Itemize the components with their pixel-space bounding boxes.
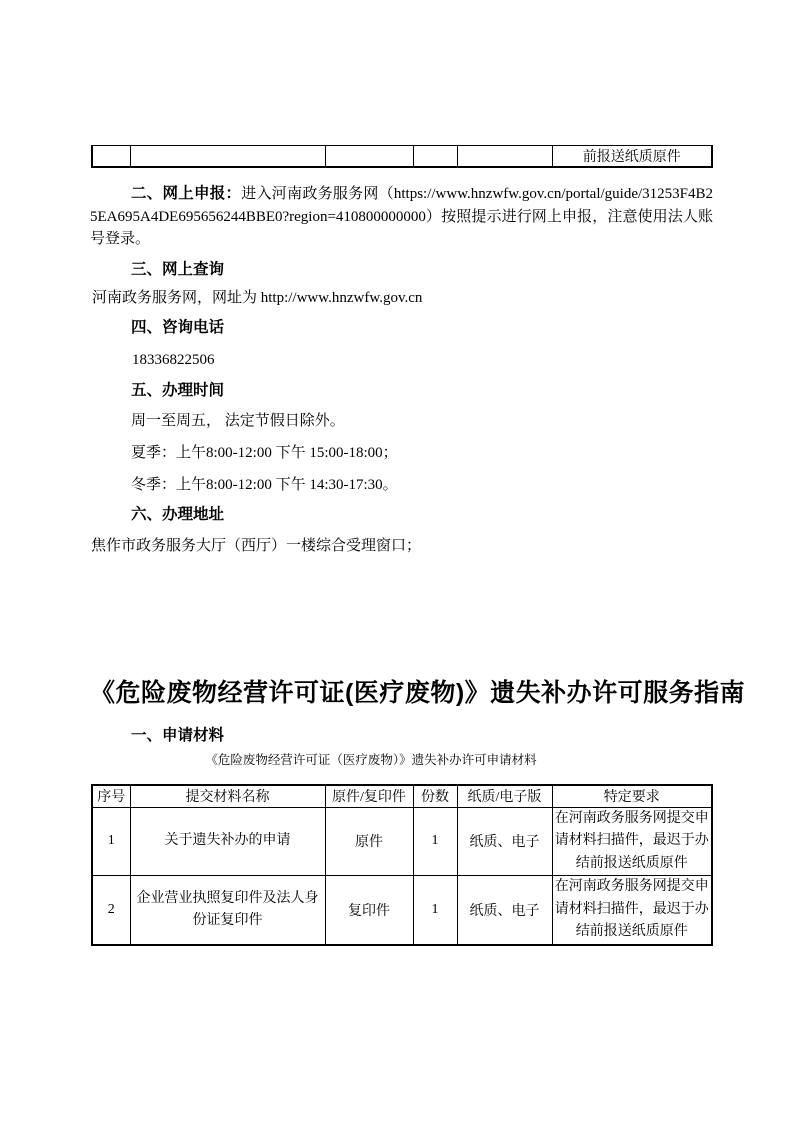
materials-table-row: 2 企业营业执照复印件及法人身份证复印件 复印件 1 纸质、电子 在河南政务服务… (92, 876, 712, 945)
table-cell (92, 146, 130, 168)
section-heading-online-query: 三、网上查询 (131, 261, 224, 279)
online-apply-heading: 二、网上申报： (131, 185, 241, 202)
section-heading-address: 六、办理地址 (131, 506, 224, 524)
table-cell (457, 146, 552, 168)
table-cell (130, 146, 325, 168)
materials-table-row: 1 关于遗失补办的申请 原件 1 纸质、电子 在河南政务服务网提交申请材料扫描件… (92, 807, 712, 876)
section-heading-materials: 一、申请材料 (131, 727, 224, 745)
cell-format: 纸质、电子 (457, 807, 552, 876)
header-cell-material-name: 提交材料名称 (130, 785, 325, 807)
section-online-apply: 二、网上申报：进入河南政务服务网（https://www.hnzwfw.gov.… (90, 183, 713, 251)
materials-table-caption: 《危险废物经营许可证（医疗废物）》遗失补办许可申请材料 (90, 752, 652, 769)
header-cell-original-or-copy: 原件/复印件 (325, 785, 413, 807)
cell-requirement: 在河南政务服务网提交申请材料扫描件，最迟于办结前报送纸质原件 (552, 876, 712, 945)
cell-requirement: 在河南政务服务网提交申请材料扫描件，最迟于办结前报送纸质原件 (552, 807, 712, 876)
table-row: 前报送纸质原件 (92, 146, 712, 168)
section-heading-phone: 四、咨询电话 (131, 319, 224, 337)
materials-table: 序号 提交材料名称 原件/复印件 份数 纸质/电子版 特定要求 1 关于遗失补办… (91, 784, 713, 946)
table-fragment: 前报送纸质原件 (91, 145, 713, 168)
table-cell (325, 146, 413, 168)
cell-no: 1 (92, 807, 130, 876)
header-cell-format: 纸质/电子版 (457, 785, 552, 807)
hours-winter: 冬季：上午8:00-12:00 下午 14:30-17:30。 (131, 476, 398, 494)
cell-material-name: 企业营业执照复印件及法人身份证复印件 (130, 876, 325, 945)
prev-page-table-fragment: 前报送纸质原件 (91, 145, 713, 168)
cell-original-or-copy: 复印件 (325, 876, 413, 945)
cell-material-name: 关于遗失补办的申请 (130, 807, 325, 876)
header-cell-no: 序号 (92, 785, 130, 807)
header-cell-count: 份数 (413, 785, 457, 807)
materials-table-header-row: 序号 提交材料名称 原件/复印件 份数 纸质/电子版 特定要求 (92, 785, 712, 807)
hours-summer: 夏季：上午8:00-12:00 下午 15:00-18:00； (131, 444, 398, 462)
table-cell-requirement-tail: 前报送纸质原件 (552, 146, 712, 168)
address-body: 焦作市政务服务大厅（西厅）一楼综合受理窗口； (91, 537, 421, 555)
cell-no: 2 (92, 876, 130, 945)
phone-number: 18336822506 (132, 351, 215, 369)
cell-original-or-copy: 原件 (325, 807, 413, 876)
header-cell-requirement: 特定要求 (552, 785, 712, 807)
online-query-body: 河南政务服务网，网址为 http://www.hnzwfw.gov.cn (92, 289, 422, 307)
cell-format: 纸质、电子 (457, 876, 552, 945)
cell-count: 1 (413, 876, 457, 945)
section-heading-hours: 五、办理时间 (131, 382, 224, 400)
cell-count: 1 (413, 807, 457, 876)
materials-table-block: 序号 提交材料名称 原件/复印件 份数 纸质/电子版 特定要求 1 关于遗失补办… (91, 784, 713, 946)
document-page: 前报送纸质原件 二、网上申报：进入河南政务服务网（https://www.hnz… (0, 0, 793, 1122)
guide-title: 《危险废物经营许可证(医疗废物)》遗失补办许可服务指南 (90, 677, 712, 709)
hours-weekdays: 周一至周五， 法定节假日除外。 (131, 412, 345, 430)
table-cell (413, 146, 457, 168)
